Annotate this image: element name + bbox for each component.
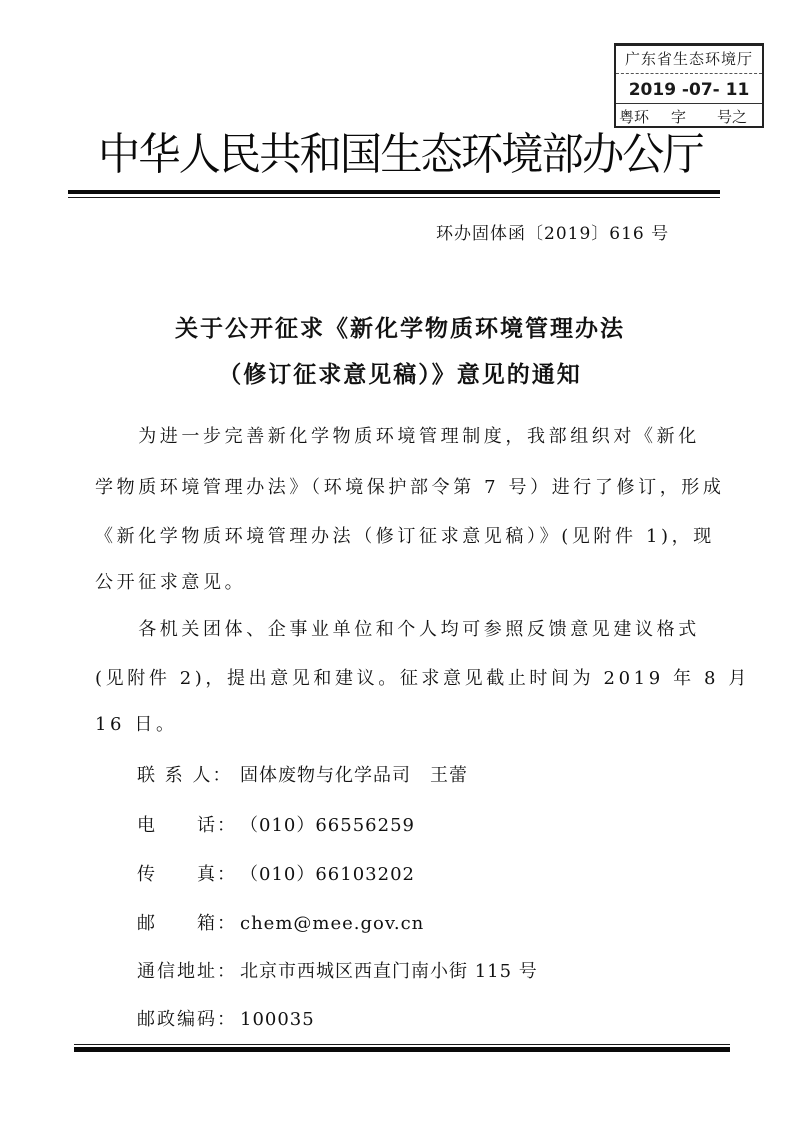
contact-value: （010）66103202: [240, 864, 415, 885]
body-paragraph-1-line: 学物质环境管理办法》（环境保护部令第 7 号）进行了修订，形成: [95, 476, 685, 500]
contact-label: 联 系 人：: [137, 764, 240, 788]
contact-phone: 电 话：（010）66556259: [137, 814, 415, 838]
issuer-title: 中华人民共和国生态环境部办公厅: [98, 128, 703, 182]
contact-label: 邮政编码：: [137, 1008, 240, 1032]
body-paragraph-2-line: 各机关团体、企事业单位和个人均可参照反馈意见建议格式: [95, 618, 685, 642]
header-rule-thin: [68, 197, 720, 198]
contact-value: （010）66556259: [240, 815, 415, 836]
footer-rule-thin: [74, 1044, 730, 1045]
contact-label: 邮 箱：: [137, 912, 240, 936]
stamp-divider: [616, 103, 762, 104]
body-paragraph-1-line: 公开征求意见。: [95, 571, 685, 595]
contact-label: 电 话：: [137, 814, 240, 838]
notice-title-line-2: （修订征求意见稿）》意见的通知: [0, 356, 800, 389]
stamp-ref-mid: 字: [671, 106, 717, 127]
contact-postcode: 邮政编码：100035: [137, 1008, 315, 1032]
contact-address: 通信地址：北京市西城区西直门南小街 115 号: [137, 960, 538, 984]
contact-label: 传 真：: [137, 863, 240, 887]
receipt-stamp: 广东省生态环境厅 2019 -07- 11 粤环字号之: [614, 43, 764, 128]
stamp-organization: 广东省生态环境厅: [616, 48, 762, 69]
stamp-ref-prefix: 粤环: [619, 106, 671, 127]
contact-email: 邮 箱：chem@mee.gov.cn: [137, 912, 424, 936]
contact-label: 通信地址：: [137, 960, 240, 984]
contact-fax: 传 真：（010）66103202: [137, 863, 415, 887]
stamp-divider: [616, 73, 762, 74]
body-paragraph-1-line: 为进一步完善新化学物质环境管理制度，我部组织对《新化: [95, 425, 685, 449]
body-paragraph-1-line: 《新化学物质环境管理办法（修订征求意见稿）》(见附件 1)，现: [95, 525, 685, 549]
footer-rule-thick: [74, 1047, 730, 1052]
contact-value: chem@mee.gov.cn: [240, 913, 424, 934]
stamp-date: 2019 -07- 11: [616, 80, 762, 100]
contact-person: 联 系 人：固体废物与化学品司 王蕾: [137, 764, 468, 788]
notice-title-line-1: 关于公开征求《新化学物质环境管理办法: [0, 310, 800, 343]
stamp-ref-suffix: 号之: [717, 106, 747, 127]
header-rule-thick: [68, 190, 720, 194]
stamp-reference: 粤环字号之: [616, 106, 762, 127]
body-paragraph-2-line: (见附件 2)，提出意见和建议。征求意见截止时间为 2019 年 8 月: [95, 667, 685, 691]
body-paragraph-2-line: 16 日。: [95, 713, 685, 737]
document-number: 环办固体函〔2019〕616 号: [436, 219, 669, 244]
contact-value: 北京市西城区西直门南小街 115 号: [240, 961, 538, 982]
contact-value: 固体废物与化学品司 王蕾: [240, 765, 468, 786]
contact-value: 100035: [240, 1009, 315, 1030]
